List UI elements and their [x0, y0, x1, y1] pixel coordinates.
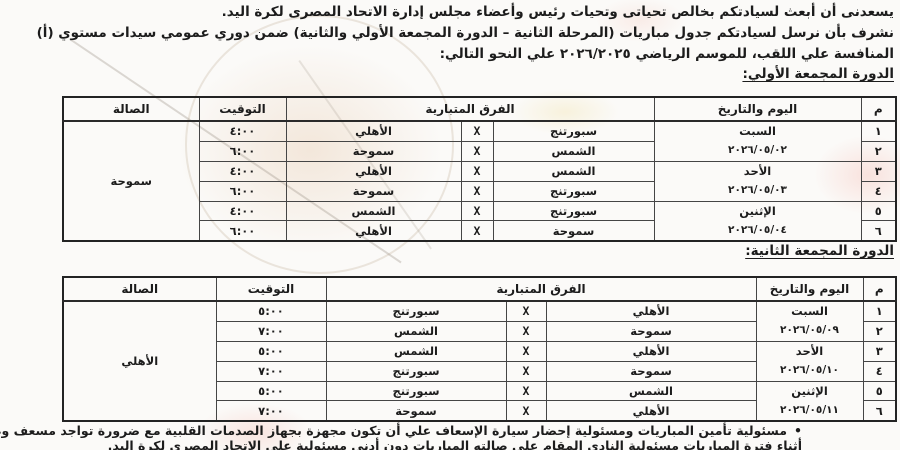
team-left-cell: سموحة [326, 401, 506, 421]
col-header-teams: الفرق المتبارية [326, 277, 756, 301]
time-cell: ٤:٠٠ [199, 161, 286, 181]
day-date-cell: السبت ٢٠٢٦/٠٥/٠٢ [654, 121, 861, 161]
section-title-round-2: الدورة المجمعة الثانية: [745, 243, 894, 259]
col-header-no: م [861, 97, 896, 121]
col-header-day-date: اليوم والتاريخ [756, 277, 863, 301]
col-header-time: التوقيت [199, 97, 286, 121]
team-left-cell: الشمس [326, 321, 506, 341]
match-no: ٤ [861, 181, 896, 201]
day-date-cell: الإثنين ٢٠٢٦/٠٥/٠٤ [654, 201, 861, 241]
team-right-cell: سموحة [493, 221, 654, 241]
day-name: السبت [757, 302, 863, 321]
versus-cell: X [506, 401, 546, 421]
time-cell: ٧:٠٠ [216, 401, 326, 421]
match-no: ٢ [861, 141, 896, 161]
time-cell: ٦:٠٠ [199, 181, 286, 201]
match-no: ٤ [863, 361, 896, 381]
match-no: ٥ [863, 381, 896, 401]
day-date-cell: الأحد ٢٠٢٦/٠٥/٠٣ [654, 161, 861, 201]
team-left-cell: سبورتنج [326, 361, 506, 381]
intro-line-1: يسعدنى أن أبعث لسيادتكم بخالص تحياتى وتح… [28, 2, 894, 23]
time-cell: ٦:٠٠ [199, 221, 286, 241]
col-header-day-date: اليوم والتاريخ [654, 97, 861, 121]
versus-cell: X [506, 361, 546, 381]
team-right-cell: الأهلي [546, 341, 756, 361]
day-date-cell: الإثنين ٢٠٢٦/٠٥/١١ [756, 381, 863, 421]
intro-line-2: نشرف بأن نرسل لسيادتكم جدول مباريات (الم… [28, 23, 894, 44]
versus-cell: X [461, 221, 493, 241]
match-no: ٦ [861, 221, 896, 241]
versus-cell: X [461, 201, 493, 221]
intro-line-3: المنافسة علي اللقب، للموسم الرياضي ٢٠٢٦/… [28, 44, 894, 65]
footer-note-line-2: أثناء فترة المباريات مسئولية النادي المق… [14, 438, 802, 450]
versus-cell: X [461, 161, 493, 181]
team-right-cell: الأهلي [546, 401, 756, 421]
team-right-cell: سموحة [546, 361, 756, 381]
team-left-cell: الأهلي [286, 121, 461, 141]
section-title-round-1: الدورة المجمعة الأولي: [742, 66, 894, 82]
scanned-letter-page: يسعدنى أن أبعث لسيادتكم بخالص تحياتى وتح… [0, 0, 900, 450]
col-header-hall: الصالة [63, 97, 199, 121]
versus-cell: X [506, 341, 546, 361]
match-no: ٦ [863, 401, 896, 421]
match-no: ١ [861, 121, 896, 141]
time-cell: ٥:٠٠ [216, 341, 326, 361]
team-right-cell: الشمس [493, 161, 654, 181]
team-left-cell: سموحة [286, 181, 461, 201]
team-left-cell: الأهلي [286, 221, 461, 241]
day-name: الإثنين [655, 202, 861, 221]
versus-cell: X [506, 321, 546, 341]
col-header-hall: الصالة [63, 277, 216, 301]
col-header-time: التوقيت [216, 277, 326, 301]
match-date: ٢٠٢٦/٠٥/١١ [757, 401, 863, 420]
match-no: ٢ [863, 321, 896, 341]
match-date: ٢٠٢٦/٠٥/٠٤ [655, 221, 861, 240]
match-no: ٣ [863, 341, 896, 361]
versus-cell: X [506, 381, 546, 401]
hall-cell: سموحة [63, 121, 199, 241]
time-cell: ٥:٠٠ [216, 301, 326, 321]
versus-cell: X [506, 301, 546, 321]
day-date-cell: السبت ٢٠٢٦/٠٥/٠٩ [756, 301, 863, 341]
match-date: ٢٠٢٦/٠٥/٠٢ [655, 141, 861, 160]
footer-note-line-1: •مسئولية تأمين المباريات ومسئولية إحضار … [14, 423, 802, 438]
match-no: ٥ [861, 201, 896, 221]
schedule-table-round-1: م اليوم والتاريخ الفرق المتبارية التوقيت… [62, 96, 897, 242]
time-cell: ٧:٠٠ [216, 361, 326, 381]
day-name: الأحد [655, 162, 861, 181]
time-cell: ٥:٠٠ [216, 381, 326, 401]
team-right-cell: الأهلي [546, 301, 756, 321]
table-row: ١ السبت ٢٠٢٦/٠٥/٠٢ سبورتنج X الأهلي ٤:٠٠… [63, 121, 896, 141]
time-cell: ٦:٠٠ [199, 141, 286, 161]
day-name: الأحد [757, 342, 863, 361]
versus-cell: X [461, 181, 493, 201]
time-cell: ٤:٠٠ [199, 201, 286, 221]
time-cell: ٧:٠٠ [216, 321, 326, 341]
team-right-cell: سبورتنج [493, 181, 654, 201]
team-left-cell: الشمس [286, 201, 461, 221]
footer-note: •مسئولية تأمين المباريات ومسئولية إحضار … [14, 423, 802, 450]
match-no: ٣ [861, 161, 896, 181]
team-right-cell: سموحة [546, 321, 756, 341]
footer-note-text-1: مسئولية تأمين المباريات ومسئولية إحضار س… [0, 423, 787, 438]
table-row: ١ السبت ٢٠٢٦/٠٥/٠٩ الأهلي X سبورتنج ٥:٠٠… [63, 301, 896, 321]
time-cell: ٤:٠٠ [199, 121, 286, 141]
match-date: ٢٠٢٦/٠٥/٠٩ [757, 321, 863, 340]
team-left-cell: سموحة [286, 141, 461, 161]
team-right-cell: سبورتنج [493, 121, 654, 141]
team-left-cell: سبورتنج [326, 381, 506, 401]
team-right-cell: الشمس [546, 381, 756, 401]
table-header-row: م اليوم والتاريخ الفرق المتبارية التوقيت… [63, 97, 896, 121]
team-left-cell: سبورتنج [326, 301, 506, 321]
day-name: الإثنين [757, 382, 863, 401]
bullet-marker: • [794, 423, 802, 438]
day-date-cell: الأحد ٢٠٢٦/٠٥/١٠ [756, 341, 863, 381]
team-right-cell: الشمس [493, 141, 654, 161]
hall-cell: الأهلي [63, 301, 216, 421]
schedule-table-round-2: م اليوم والتاريخ الفرق المتبارية التوقيت… [62, 276, 897, 422]
col-header-teams: الفرق المتبارية [286, 97, 654, 121]
col-header-no: م [863, 277, 896, 301]
table-header-row: م اليوم والتاريخ الفرق المتبارية التوقيت… [63, 277, 896, 301]
team-left-cell: الشمس [326, 341, 506, 361]
intro-paragraph: يسعدنى أن أبعث لسيادتكم بخالص تحياتى وتح… [28, 2, 894, 65]
match-date: ٢٠٢٦/٠٥/٠٣ [655, 181, 861, 200]
match-no: ١ [863, 301, 896, 321]
versus-cell: X [461, 121, 493, 141]
day-name: السبت [655, 122, 861, 141]
team-left-cell: الأهلي [286, 161, 461, 181]
match-date: ٢٠٢٦/٠٥/١٠ [757, 361, 863, 380]
team-right-cell: سبورتنج [493, 201, 654, 221]
versus-cell: X [461, 141, 493, 161]
